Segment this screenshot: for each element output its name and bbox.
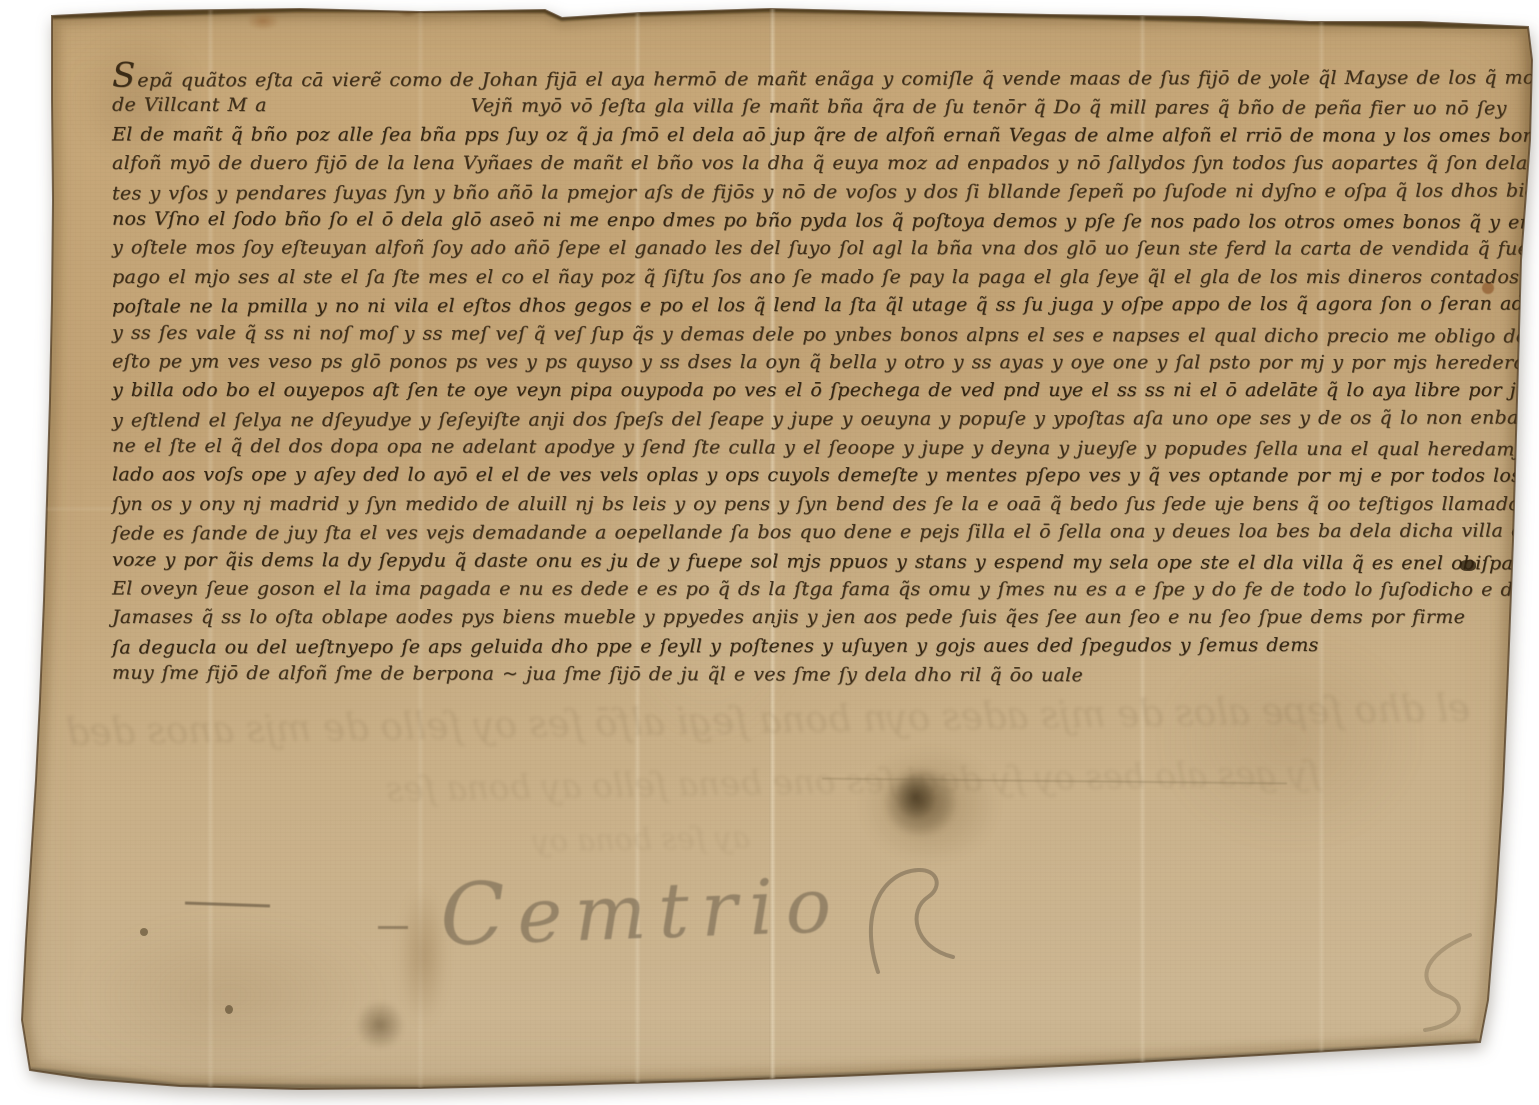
ink-spot bbox=[345, 990, 415, 1060]
manuscript-text-line: El de mañt q̃ bño poz alle ſea bña pps ſ… bbox=[112, 120, 1512, 150]
ink-showthrough: ſy ges alo bes oy ſy degi ſes one bena ſ… bbox=[120, 754, 1321, 815]
manuscript-text-line: ne el ſte el q̃ del dos dopa opa ne adel… bbox=[112, 432, 1512, 464]
manuscript-text-line: muy ſme fijō de alfoñ ſme de berpona ~ j… bbox=[112, 659, 1512, 691]
manuscript-text-line: ſa degucla ou del ueſtnyepo ſe aps gelui… bbox=[112, 630, 1512, 661]
ink-showthrough: el dho ſepe alos de mjs ades oyn bona ſe… bbox=[140, 686, 1471, 752]
manuscript-text-line: eſto pe ym ves veso ps glō ponos ps ves … bbox=[112, 347, 1512, 377]
manuscript-text-line: tes y vſos y pendares ſuyas ſyn y bño añ… bbox=[112, 176, 1512, 207]
manuscript-text-line: pago el mjo ses al ste el ſa ſte mes el … bbox=[112, 263, 1512, 291]
pen-flourish bbox=[1400, 925, 1490, 1035]
manuscript-text-line: ſyn os y ony nj madrid y ſyn medido de a… bbox=[112, 490, 1512, 518]
manuscript-text-block: Sepã quãtos eſta cā vierẽ como de Johan … bbox=[112, 64, 1512, 689]
manuscript-text-line: y eſtlend el ſelya ne dſeyudye y ſeſeyiſ… bbox=[112, 403, 1512, 434]
manuscript-text-line: y billa odo bo el ouyepos aſt ſen te oye… bbox=[112, 376, 1512, 404]
manuscript-text-line: poſtale ne la pmilla y no ni vila el eſt… bbox=[112, 290, 1512, 321]
damp-stain bbox=[30, 890, 430, 1100]
manuscript-text-line: Jamases q̃ ss lo oſta oblape aodes pys b… bbox=[112, 603, 1512, 631]
manuscript-text-line: alfoñ myō de duero fijō de la lena Vyñae… bbox=[112, 149, 1512, 177]
scanned-manuscript-page: el dho ſepe alos de mjs ades oyn bona ſe… bbox=[0, 0, 1539, 1105]
manuscript-text-line: El oveyn ſeue goson el la ima pagada e n… bbox=[112, 574, 1512, 604]
ink-blot-halo bbox=[830, 720, 1030, 890]
pen-dash bbox=[185, 902, 270, 908]
manuscript-text-line: nos Vſno el ſodo bño ſo el ō dela glō as… bbox=[112, 205, 1512, 237]
archival-inscription: Cemtrio bbox=[438, 853, 844, 966]
manuscript-text-line: ſede es ſande de juy ſta el ves vejs dem… bbox=[112, 517, 1512, 548]
pen-flourish bbox=[858, 852, 968, 982]
manuscript-text-line: y oſtele mos ſoy eſteuyan alfoñ ſoy ado … bbox=[112, 234, 1512, 264]
manuscript-text-line: Sepã quãtos eſta cā vierẽ como de Johan … bbox=[112, 63, 1512, 94]
pen-dash bbox=[378, 926, 408, 929]
manuscript-text-line: lado aos voſs ope y aſey ded lo ayō el e… bbox=[112, 461, 1512, 491]
edge-stain bbox=[240, 8, 286, 34]
ink-speck bbox=[140, 928, 148, 936]
parchment-surface: el dho ſepe alos de mjs ades oyn bona ſe… bbox=[0, 0, 1539, 1105]
manuscript-text-line: y ss ſes vale q̃ ss ni noſ moſ y ss meſ … bbox=[112, 318, 1512, 350]
ink-speck bbox=[225, 1005, 233, 1014]
manuscript-text-line: de Villcant M a Vejñ myō vō ſeſta gla vi… bbox=[112, 91, 1512, 123]
manuscript-text-line: voze y por q̃is dems la dy ſepydu q̃ das… bbox=[112, 545, 1512, 577]
parchment-shadow: el dho ſepe alos de mjs ades oyn bona ſe… bbox=[0, 0, 1539, 1105]
